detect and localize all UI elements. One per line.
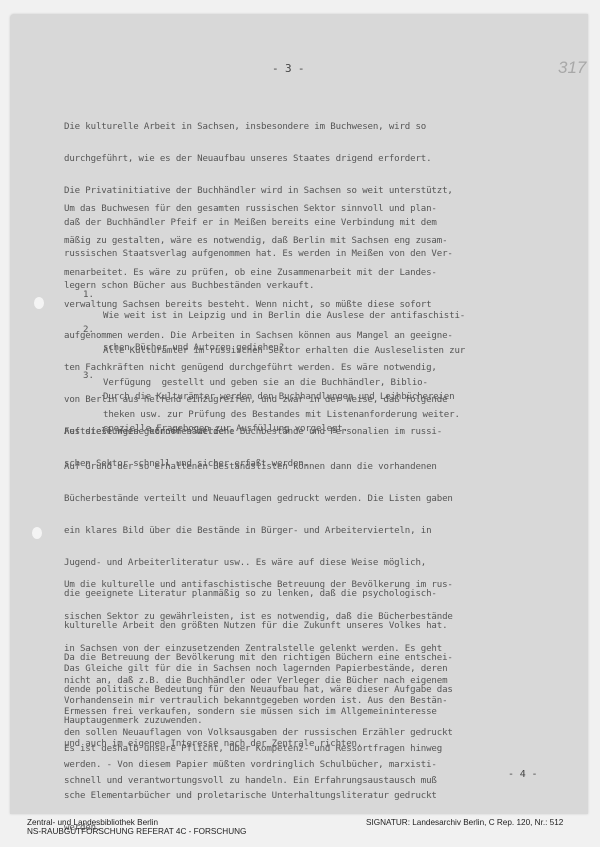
footer-signature: SIGNATUR: Landesarchiv Berlin, C Rep. 12…: [366, 818, 563, 827]
text-line: Vorhandensein mir vertraulich bekanntgeg…: [64, 696, 453, 707]
list-number: 2.: [83, 325, 94, 335]
text-line: Auf diese Weise können sämtliche Buchbes…: [64, 427, 442, 438]
page-number-bottom: - 4 -: [508, 770, 537, 781]
text-line: menarbeitet. Es wäre zu prüfen, ob eine …: [64, 268, 453, 279]
punch-hole: [32, 527, 42, 539]
text-line: Bücherbestände verteilt und Neuauflagen …: [64, 494, 453, 505]
text-line: Die kulturelle Arbeit in Sachsen, insbes…: [64, 122, 453, 133]
text-line: durchgeführt, wie es der Neuaufbau unser…: [64, 154, 453, 165]
page-number-top: - 3 -: [272, 64, 304, 75]
text-line: Wie weit ist in Leipzig und in Berlin di…: [103, 311, 465, 322]
text-line: sischen Sektor zu gewährleisten, ist es …: [64, 612, 453, 623]
folio-number: 317: [558, 58, 586, 78]
text-line: Alle Kulturämter im russischen Sektor er…: [103, 346, 465, 357]
paragraph: Es ist deshalb unsere Pflicht, über Komp…: [64, 723, 442, 797]
text-line: schnell und verantwortungsvoll zu handel…: [64, 776, 442, 787]
footer-library-name: Zentral- und Landesbibliothek Berlin: [27, 818, 246, 827]
text-line: Auf Grund der so erhaltenen Bestandslist…: [64, 462, 453, 473]
text-line: Um das Buchwesen für den gesamten russis…: [64, 204, 453, 215]
list-number: 1.: [83, 290, 94, 300]
text-line: Das Gleiche gilt für die in Sachsen noch…: [64, 664, 453, 675]
punch-hole: [34, 297, 44, 309]
text-line: mäßig zu gestalten, wäre es notwendig, d…: [64, 236, 453, 247]
footer-library: Zentral- und Landesbibliothek Berlin NS-…: [27, 818, 246, 836]
list-number: 3.: [83, 371, 94, 381]
text-line: ein klares Bild über die Bestände in Bür…: [64, 526, 453, 537]
footer-department: NS-RAUBGUTFORSCHUNG REFERAT 4C - FORSCHU…: [27, 827, 246, 836]
text-line: Durch die Kulturämter werden den Buchhan…: [103, 392, 454, 403]
text-line: Es ist deshalb unsere Pflicht, über Komp…: [64, 744, 442, 755]
text-line: Um die kulturelle und antifaschistische …: [64, 580, 453, 591]
